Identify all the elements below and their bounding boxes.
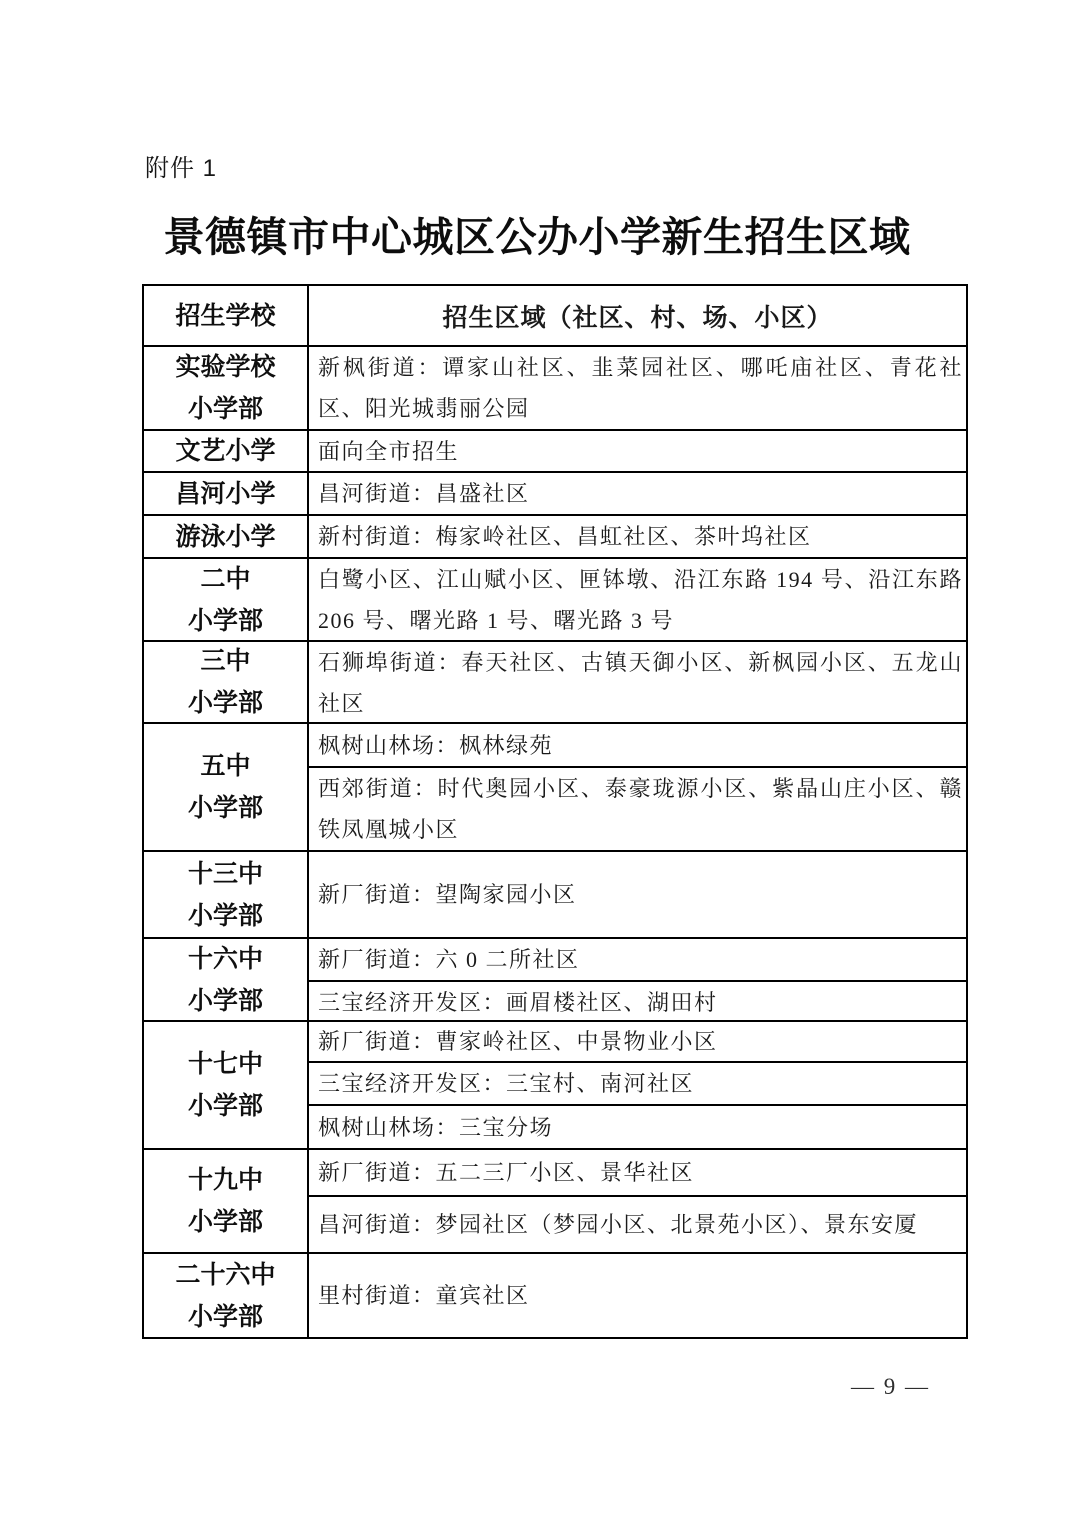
zone-text: 里村街道：童宾社区 [318,1275,963,1316]
table-row: 文艺小学面向全市招生 [144,431,966,473]
zone-text: 石狮埠街道：春天社区、古镇天御小区、新枫园小区、五龙山社区 [318,642,963,722]
school-cell: 昌河小学 [144,473,309,514]
zone-text: 三宝经济开发区：三宝村、南河社区 [318,1063,963,1104]
table-row: 十六中小学部新厂街道：六 0 二所社区三宝经济开发区：画眉楼社区、湖田村 [144,939,966,1022]
zone-row: 枫树山林场：枫林绿苑 [309,724,966,768]
table-row: 实验学校小学部新枫街道：谭家山社区、韭菜园社区、哪吒庙社区、青花社区、阳光城翡丽… [144,347,966,431]
school-name-line: 小学部 [188,1085,263,1127]
zone-text: 西郊街道：时代奥园小区、泰豪珑源小区、紫晶山庄小区、赣铁凤凰城小区 [318,768,963,850]
zones-cell: 里村街道：童宾社区 [309,1254,966,1337]
zone-text: 昌河街道：昌盛社区 [318,473,963,514]
zone-text: 新厂街道：曹家岭社区、中景物业小区 [318,1022,963,1062]
table-header-row: 招生学校 招生区域（社区、村、场、小区） [144,286,966,347]
school-name-line: 昌河小学 [175,473,275,514]
school-cell: 三中小学部 [144,642,309,722]
school-cell: 实验学校小学部 [144,347,309,429]
column-header-zones: 招生区域（社区、村、场、小区） [309,286,966,345]
zone-row: 新厂街道：曹家岭社区、中景物业小区 [309,1022,966,1063]
zones-cell: 新厂街道：望陶家园小区 [309,852,966,937]
table-row: 二中小学部白鹭小区、江山赋小区、匣钵墩、沿江东路 194 号、沿江东路 206 … [144,559,966,642]
zones-cell: 枫树山林场：枫林绿苑西郊街道：时代奥园小区、泰豪珑源小区、紫晶山庄小区、赣铁凤凰… [309,724,966,850]
school-cell: 游泳小学 [144,516,309,557]
school-name-line: 二中 [200,559,250,600]
zone-row: 面向全市招生 [309,431,966,471]
zone-row: 昌河街道：昌盛社区 [309,473,966,514]
zone-row: 新厂街道：六 0 二所社区 [309,939,966,982]
school-cell: 十三中小学部 [144,852,309,937]
zone-row: 里村街道：童宾社区 [309,1254,966,1337]
school-name-line: 十七中 [188,1043,263,1085]
zones-cell: 面向全市招生 [309,431,966,471]
table-row: 十三中小学部新厂街道：望陶家园小区 [144,852,966,939]
page-number: — 9 — [851,1374,930,1400]
school-name-line: 小学部 [188,388,263,429]
zone-row: 昌河街道：梦园社区（梦园小区、北景苑小区）、景东安厦 [309,1197,966,1252]
page-title: 景德镇市中心城区公办小学新生招生区域 [0,204,1074,263]
school-name-line: 十九中 [188,1159,263,1201]
school-name-line: 文艺小学 [175,431,275,471]
zone-row: 白鹭小区、江山赋小区、匣钵墩、沿江东路 194 号、沿江东路 206 号、曙光路… [309,559,966,640]
column-header-school: 招生学校 [144,286,309,345]
school-name-line: 小学部 [188,980,263,1021]
school-cell: 五中小学部 [144,724,309,850]
school-cell: 二十六中小学部 [144,1254,309,1337]
school-name-line: 小学部 [188,787,263,829]
table-row: 十九中小学部新厂街道：五二三厂小区、景华社区昌河街道：梦园社区（梦园小区、北景苑… [144,1150,966,1254]
table-row: 二十六中小学部里村街道：童宾社区 [144,1254,966,1337]
table-row: 游泳小学新村街道：梅家岭社区、昌虹社区、茶叶坞社区 [144,516,966,559]
zone-text: 三宝经济开发区：画眉楼社区、湖田村 [318,982,963,1021]
school-name-line: 三中 [200,642,250,682]
zone-text: 新村街道：梅家岭社区、昌虹社区、茶叶坞社区 [318,516,963,557]
zones-cell: 新厂街道：曹家岭社区、中景物业小区三宝经济开发区：三宝村、南河社区枫树山林场：三… [309,1022,966,1148]
school-name-line: 十三中 [188,853,263,895]
enrollment-table: 招生学校 招生区域（社区、村、场、小区） 实验学校小学部新枫街道：谭家山社区、韭… [142,284,968,1339]
school-name-line: 小学部 [188,1296,263,1338]
zone-text: 新厂街道：六 0 二所社区 [318,939,963,980]
school-name-line: 小学部 [188,600,263,641]
zone-row: 西郊街道：时代奥园小区、泰豪珑源小区、紫晶山庄小区、赣铁凤凰城小区 [309,768,966,850]
school-cell: 文艺小学 [144,431,309,471]
zones-cell: 白鹭小区、江山赋小区、匣钵墩、沿江东路 194 号、沿江东路 206 号、曙光路… [309,559,966,640]
zones-cell: 新枫街道：谭家山社区、韭菜园社区、哪吒庙社区、青花社区、阳光城翡丽公园 [309,347,966,429]
school-name-line: 十六中 [188,939,263,980]
zones-cell: 新厂街道：六 0 二所社区三宝经济开发区：画眉楼社区、湖田村 [309,939,966,1020]
school-name-line: 小学部 [188,895,263,937]
zone-text: 新厂街道：望陶家园小区 [318,874,963,915]
zone-text: 枫树山林场：枫林绿苑 [318,725,963,766]
zone-text: 面向全市招生 [318,431,963,471]
zone-text: 昌河街道：梦园社区（梦园小区、北景苑小区）、景东安厦 [318,1204,963,1245]
school-name-line: 二十六中 [175,1254,275,1296]
school-name-line: 小学部 [188,1201,263,1243]
zone-row: 新村街道：梅家岭社区、昌虹社区、茶叶坞社区 [309,516,966,557]
school-name-line: 五中 [200,745,250,787]
zones-cell: 新村街道：梅家岭社区、昌虹社区、茶叶坞社区 [309,516,966,557]
table-row: 五中小学部枫树山林场：枫林绿苑西郊街道：时代奥园小区、泰豪珑源小区、紫晶山庄小区… [144,724,966,852]
school-name-line: 游泳小学 [175,516,275,557]
zone-row: 三宝经济开发区：画眉楼社区、湖田村 [309,982,966,1020]
zone-text: 新枫街道：谭家山社区、韭菜园社区、哪吒庙社区、青花社区、阳光城翡丽公园 [318,347,963,429]
zones-cell: 新厂街道：五二三厂小区、景华社区昌河街道：梦园社区（梦园小区、北景苑小区）、景东… [309,1150,966,1252]
zone-row: 新枫街道：谭家山社区、韭菜园社区、哪吒庙社区、青花社区、阳光城翡丽公园 [309,347,966,429]
zones-cell: 石狮埠街道：春天社区、古镇天御小区、新枫园小区、五龙山社区 [309,642,966,722]
zone-text: 新厂街道：五二三厂小区、景华社区 [318,1152,963,1193]
school-name-line: 实验学校 [175,347,275,388]
school-cell: 十七中小学部 [144,1022,309,1148]
school-cell: 二中小学部 [144,559,309,640]
zone-row: 石狮埠街道：春天社区、古镇天御小区、新枫园小区、五龙山社区 [309,642,966,722]
table-row: 三中小学部石狮埠街道：春天社区、古镇天御小区、新枫园小区、五龙山社区 [144,642,966,724]
school-name-line: 小学部 [188,682,263,722]
zone-text: 枫树山林场：三宝分场 [318,1107,963,1148]
document-page: 附件 1 景德镇市中心城区公办小学新生招生区域 招生学校 招生区域（社区、村、场… [0,0,1074,1520]
attachment-label: 附件 1 [145,148,217,183]
zone-text: 白鹭小区、江山赋小区、匣钵墩、沿江东路 194 号、沿江东路 206 号、曙光路… [318,559,963,640]
zone-row: 三宝经济开发区：三宝村、南河社区 [309,1063,966,1106]
table-row: 十七中小学部新厂街道：曹家岭社区、中景物业小区三宝经济开发区：三宝村、南河社区枫… [144,1022,966,1150]
zone-row: 枫树山林场：三宝分场 [309,1106,966,1148]
school-cell: 十九中小学部 [144,1150,309,1252]
zones-cell: 昌河街道：昌盛社区 [309,473,966,514]
zone-row: 新厂街道：望陶家园小区 [309,852,966,937]
zone-row: 新厂街道：五二三厂小区、景华社区 [309,1150,966,1197]
school-cell: 十六中小学部 [144,939,309,1020]
table-row: 昌河小学昌河街道：昌盛社区 [144,473,966,516]
